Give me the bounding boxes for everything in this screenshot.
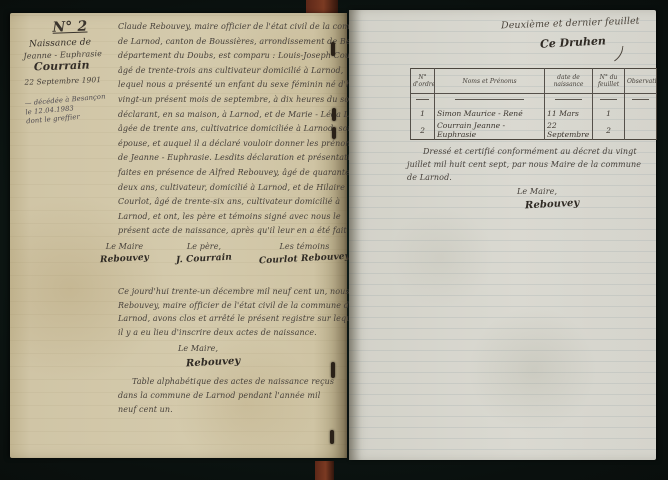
witnesses-signature: Courlot Rebouvey — [259, 252, 350, 267]
divider-cell — [545, 94, 593, 106]
divider-cell — [593, 94, 625, 106]
handwritten-line: Courlot, âgé de trente-six ans, cultivat… — [118, 195, 347, 210]
handwritten-line: faites en présence de Alfred Rebouvey, â… — [118, 166, 347, 181]
left-page: N° 2 Naissance de Jeanne - Euphrasie Cou… — [10, 13, 347, 458]
handwritten-line: de Jeanne - Euphrasie. Lesdits déclarati… — [118, 151, 347, 166]
cell-observations — [625, 121, 657, 140]
table-row: 1 Simon Maurice - René 11 Mars 1 — [411, 105, 657, 121]
witnesses-signature-block: Les témoins Courlot Rebouvey — [259, 242, 350, 264]
handwritten-line: il y a eu lieu d'inscrire deux actes de … — [118, 326, 348, 340]
mayor-signature: Rebouvey — [525, 197, 580, 213]
column-header-folio: N° du feuillet — [593, 69, 625, 94]
cell-birthdate: 11 Mars — [545, 105, 593, 121]
handwritten-line: juillet mil huit cent sept, par nous Mai… — [407, 158, 653, 171]
divider-cell — [625, 94, 657, 106]
spine-tab-top — [306, 0, 338, 13]
mayor-signature-block: Le Maire Rebouvey — [100, 242, 149, 264]
handwritten-line: présent acte de naissance, après qu'il l… — [118, 224, 347, 239]
handwritten-line: de Larnod, canton de Boussières, arrondi… — [118, 35, 347, 50]
mayor-signature: Rebouvey — [186, 354, 241, 370]
cell-order-number: 2 — [411, 121, 435, 140]
register-closing-statement: Ce jourd'hui trente-un décembre mil neuf… — [118, 285, 348, 369]
cell-observations — [625, 105, 657, 121]
handwritten-line: Claude Rebouvey, maire officier de l'éta… — [118, 20, 347, 35]
sheet-heading: Deuxième et dernier feuillet — [501, 16, 640, 32]
margin-surname: Courrain — [34, 57, 126, 73]
handwritten-line: de Larnod. — [407, 171, 653, 184]
scanned-register-spread: N° 2 Naissance de Jeanne - Euphrasie Cou… — [0, 0, 668, 480]
mayor-label: Le Maire, — [178, 342, 348, 356]
father-signature: J. Courrain — [176, 253, 232, 266]
cell-birthdate: 22 Septembre — [545, 121, 593, 140]
handwritten-line: département du Doubs, est comparu : Loui… — [118, 49, 347, 64]
handwritten-line: âgé de trente-trois ans cultivateur domi… — [118, 64, 347, 79]
certification-statement: Dressé et certifié conformément au décre… — [407, 145, 653, 211]
cell-name: Simon Maurice - René — [435, 105, 545, 121]
handwritten-line: Larnod, et ont, les père et témoins sign… — [118, 210, 347, 225]
column-header-birthdate: date de naissance — [545, 69, 593, 94]
handwritten-line: deux ans, cultivateur, domicilié à Larno… — [118, 181, 347, 196]
margin-title: Naissance de — [29, 36, 125, 49]
margin-annotations: N° 2 Naissance de Jeanne - Euphrasie Cou… — [22, 17, 128, 123]
mayor-label: Le Maire — [100, 242, 149, 251]
margin-death-note: — décédée à Besançon le 12.04.1983 dont … — [24, 91, 128, 127]
act-number: N° 2 — [52, 17, 125, 36]
binding-stitch — [330, 430, 334, 444]
witnesses-label: Les témoins — [259, 242, 350, 251]
table-header-row: N° d'ordre Noms et Prénoms date de naiss… — [411, 69, 657, 94]
handwritten-line: épouse, et auquel il a déclaré vouloir d… — [118, 137, 347, 152]
handwritten-line: dans la commune de Larnod pendant l'anné… — [118, 389, 348, 403]
cell-name: Courrain Jeanne - Euphrasie — [435, 121, 545, 140]
column-header-order-number: N° d'ordre — [411, 69, 435, 94]
divider-row — [411, 94, 657, 106]
handwritten-line: Rebouvey, maire officier de l'état civil… — [118, 299, 348, 313]
table-row: 2 Courrain Jeanne - Euphrasie 22 Septemb… — [411, 121, 657, 140]
alphabetical-index-table: N° d'ordre Noms et Prénoms date de naiss… — [410, 68, 657, 140]
mayor-signature: Rebouvey — [100, 253, 149, 266]
right-page: Deuxième et dernier feuillet Ce Druhen N… — [349, 10, 656, 460]
column-header-names: Noms et Prénoms — [435, 69, 545, 94]
father-signature-block: Le père, J. Courrain — [176, 242, 232, 264]
handwritten-line: Larnod, avons clos et arrêté le présent … — [118, 312, 348, 326]
binding-stitch — [331, 362, 335, 378]
divider-cell — [411, 94, 435, 106]
cell-folio: 1 — [593, 105, 625, 121]
margin-date: 22 Septembre 1901 — [24, 74, 126, 87]
signature-row: Le Maire Rebouvey Le père, J. Courrain L… — [100, 242, 350, 264]
handwritten-line: lequel nous a présenté un enfant du sexe… — [118, 78, 347, 93]
handwritten-line: Table alphabétique des actes de naissanc… — [118, 375, 348, 389]
column-header-observations: Observations — [625, 69, 657, 94]
cell-order-number: 1 — [411, 105, 435, 121]
binding-stitch — [332, 108, 336, 121]
divider-cell — [435, 94, 545, 106]
spine-tab-bottom — [315, 461, 334, 480]
binding-stitch — [331, 42, 335, 56]
handwritten-line: âgée de trente ans, cultivatrice domicil… — [118, 122, 347, 137]
signature-flourish — [594, 42, 624, 69]
handwritten-line: Ce jourd'hui trente-un décembre mil neuf… — [118, 285, 348, 299]
handwritten-line: Dressé et certifié conformément au décre… — [407, 145, 653, 158]
handwritten-line: déclarant, en sa maison, à Larnod, et de… — [118, 108, 347, 123]
binding-stitch — [332, 127, 336, 139]
alphabetical-table-note: Table alphabétique des actes de naissanc… — [118, 375, 348, 417]
cell-folio: 2 — [593, 121, 625, 140]
mayor-label: Le Maire, — [517, 185, 557, 198]
birth-act-text: Claude Rebouvey, maire officier de l'éta… — [118, 20, 347, 239]
handwritten-line: neuf cent un. — [118, 403, 348, 417]
father-label: Le père, — [176, 242, 232, 251]
handwritten-line: vingt-un présent mois de septembre, à di… — [118, 93, 347, 108]
